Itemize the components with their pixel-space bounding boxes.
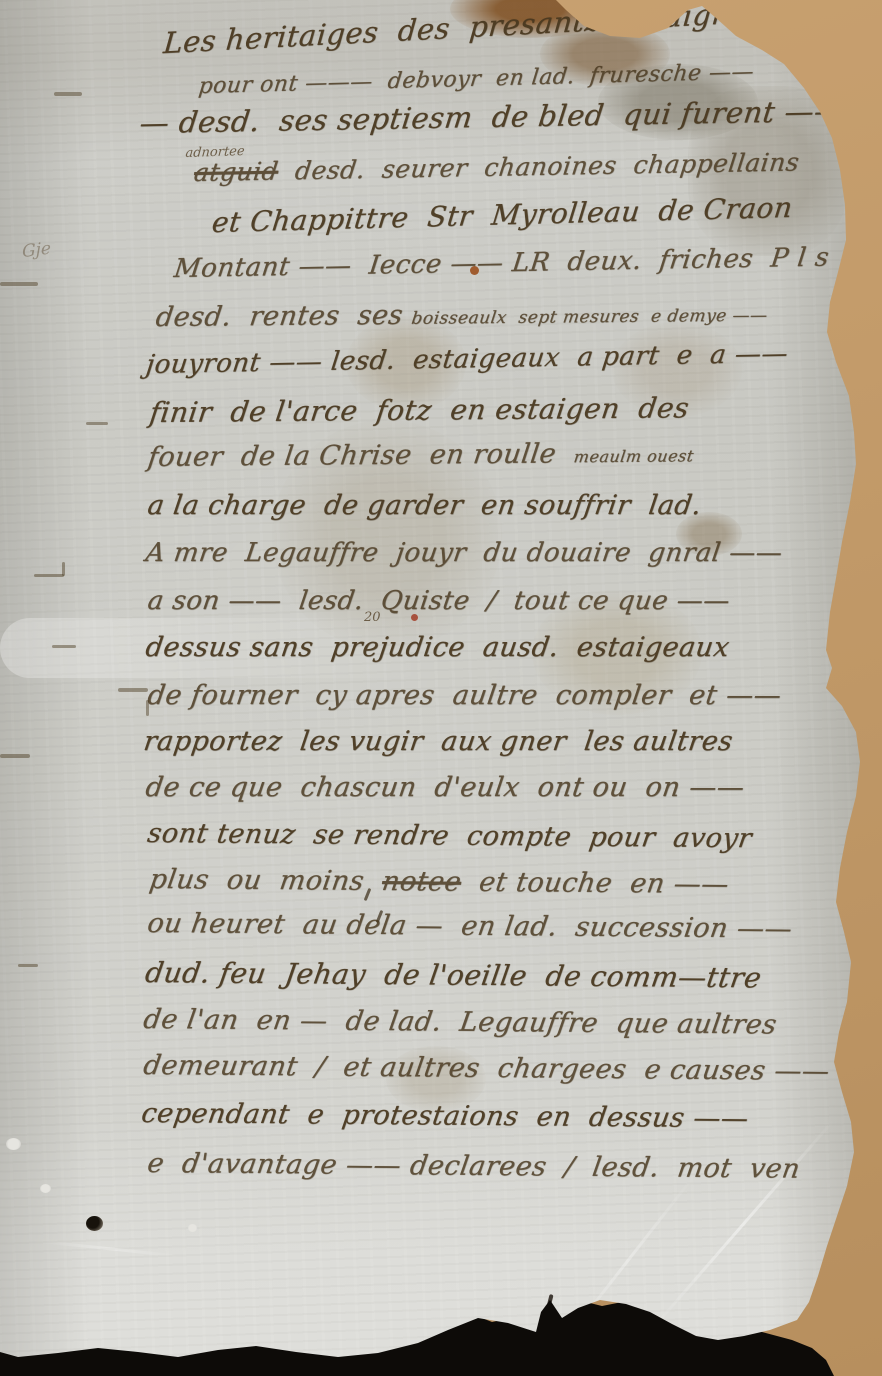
manuscript-line: dud. feu Jehay de l'oeille de comm—ttre: [143, 956, 764, 994]
manuscript-line: demeurant / et aultres chargees e causes…: [141, 1050, 832, 1087]
manuscript-photo: Gje adnortee 20 Les heritaiges des presa…: [0, 0, 882, 1376]
manuscript-line: de ce que chascun d'eulx ont ou on ——: [144, 772, 747, 803]
struck-word: notee: [380, 866, 464, 898]
manuscript-line: a la charge de garder en souffrir lad.: [146, 490, 704, 521]
manuscript-paper: Gje adnortee 20 Les heritaiges des presa…: [0, 0, 882, 1376]
manuscript-line: de fourner cy apres aultre compler et ——: [146, 680, 784, 711]
manuscript-line: A mre Legauffre jouyr du douaire gnral —…: [144, 538, 785, 568]
manuscript-line: finir de l'arce fotz en estaigen des: [148, 391, 692, 429]
manuscript-line: sont tenuz se rendre compte pour avoyr: [145, 818, 754, 854]
manuscript-line: de l'an en — de lad. Legauffre que aultr…: [141, 1004, 779, 1040]
manuscript-line: rapportez les vugir aux gner les aultres: [142, 726, 735, 757]
manuscript-line: dessus sans prejudice ausd. estaigeaux: [144, 632, 732, 663]
manuscript-line: a son —— lesd. Quiste / tout ce que ——: [146, 586, 732, 616]
marginal-note: Gje: [22, 238, 51, 262]
struck-word: atguid: [192, 157, 280, 188]
manuscript-line: plus ou moins notee et touche en ——: [147, 864, 731, 900]
manuscript-line: fouer de la Chrise en roulle meaulm oues…: [146, 437, 696, 473]
manuscript-line: ou heuret au dela — en lad. succession —…: [145, 908, 794, 945]
manuscript-line: desd. rentes ses boisseaulx sept mesures…: [154, 297, 770, 333]
manuscript-line: cependant e protestaions en dessus ——: [139, 1098, 751, 1134]
manuscript-line: e d'avantage —— declarees / lesd. mot ve…: [145, 1148, 802, 1185]
